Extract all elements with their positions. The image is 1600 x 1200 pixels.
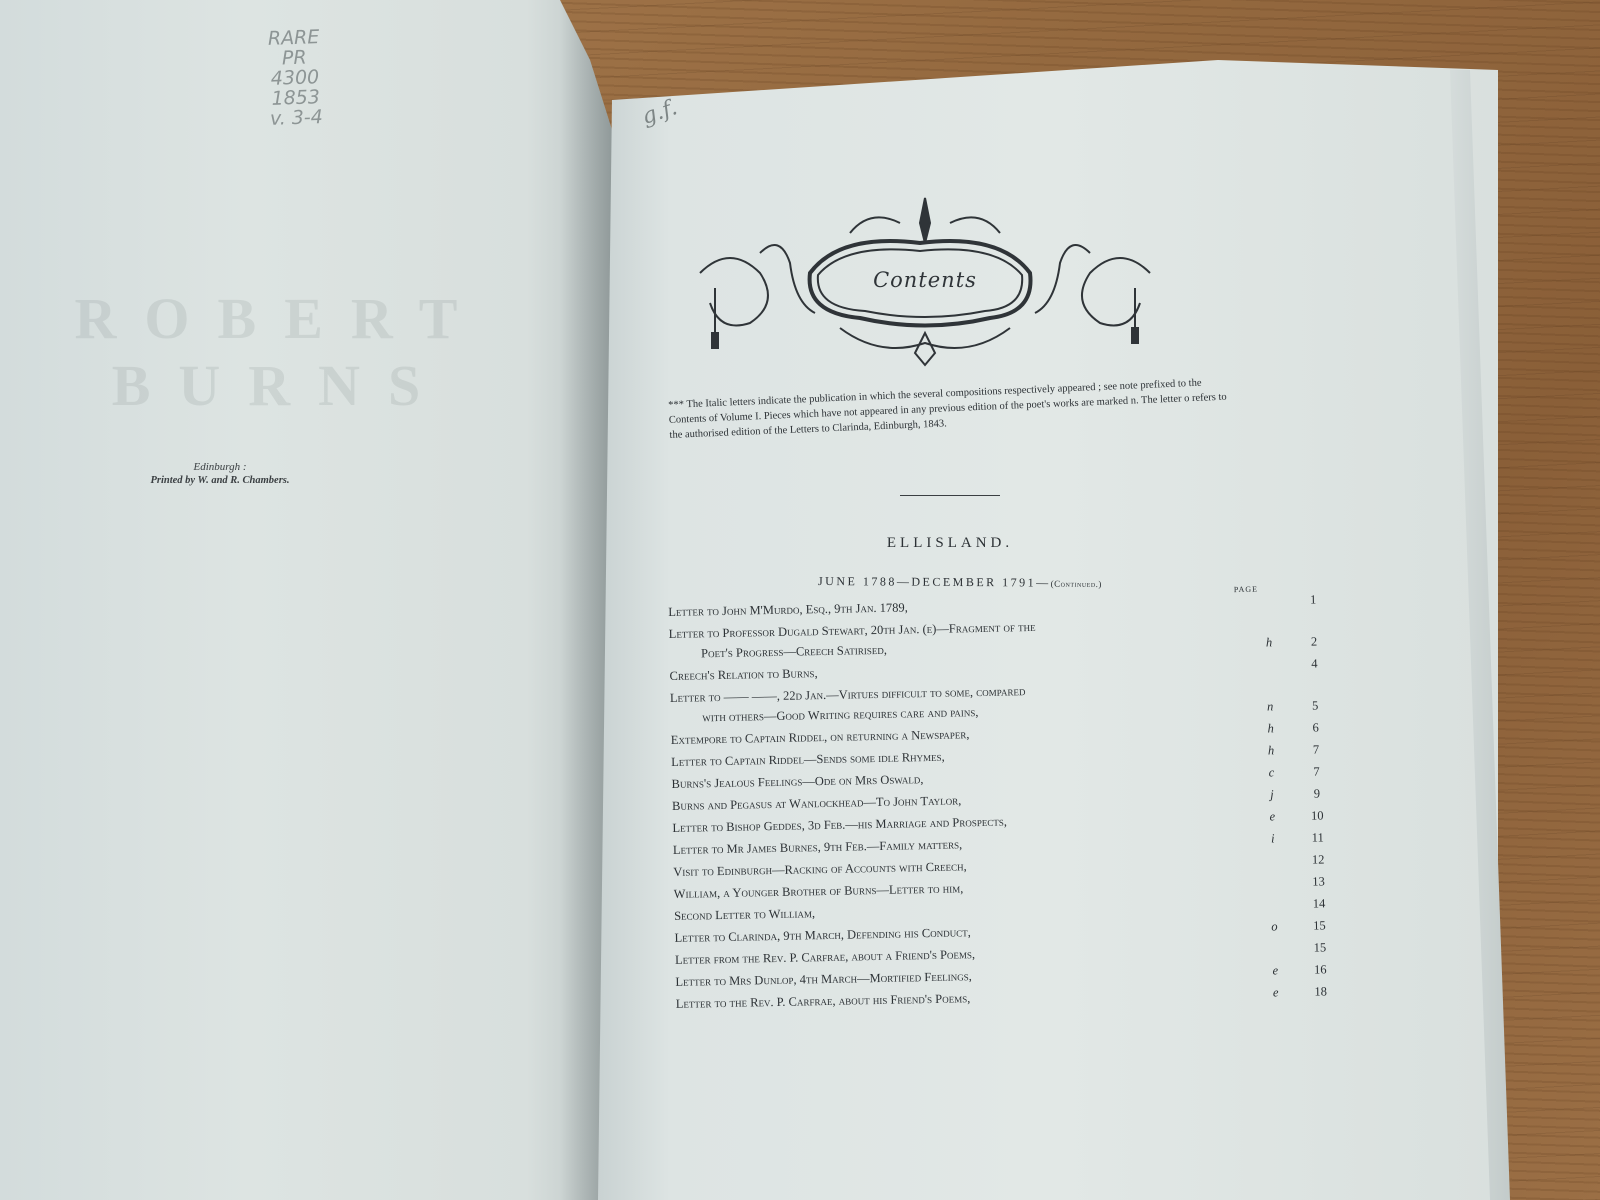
entry-page: 4: [1289, 656, 1339, 672]
entry-mark: [1254, 886, 1294, 887]
entry-page: 12: [1293, 852, 1343, 868]
entry-mark: [1253, 864, 1293, 865]
entry-mark: h: [1249, 635, 1289, 651]
contents-heading: Contents: [860, 268, 990, 292]
entry-mark: [1254, 908, 1294, 909]
dates-text: JUNE 1788—DECEMBER 1791—: [818, 574, 1051, 590]
entry-mark: i: [1253, 831, 1293, 847]
entry-mark: h: [1251, 743, 1291, 759]
entry-page: 7: [1291, 764, 1341, 780]
entry-page: 2: [1289, 634, 1339, 650]
show-through-title: ROBERT BURNS: [20, 285, 540, 419]
imprint-city: Edinburgh :: [100, 460, 340, 474]
entry-page: 9: [1292, 786, 1342, 802]
entry-page: 10: [1292, 808, 1342, 824]
entry-mark: c: [1251, 765, 1291, 781]
entry-page: 15: [1295, 940, 1345, 956]
entry-mark: j: [1252, 787, 1292, 803]
entry-mark: [1250, 690, 1290, 691]
entry-mark: e: [1256, 985, 1296, 1001]
entry-page: 18: [1296, 984, 1346, 1000]
entry-mark: n: [1250, 699, 1290, 715]
entry-page: 14: [1294, 896, 1344, 912]
entry-mark: e: [1255, 963, 1295, 979]
entry-page: 5: [1290, 698, 1340, 714]
entry-page: [1289, 625, 1339, 626]
entry-mark: h: [1251, 721, 1291, 737]
entry-mark: o: [1254, 919, 1294, 935]
divider-rule: [900, 495, 1000, 496]
entry-mark: e: [1252, 809, 1292, 825]
section-title: ELLISLAND.: [760, 535, 1140, 552]
entry-page: 7: [1291, 742, 1341, 758]
pencil-call-number: RARE PR 4300 1853 v. 3-4: [248, 26, 341, 129]
entry-mark: [1248, 604, 1288, 605]
entry-mark: [1255, 952, 1295, 953]
entry-page: 6: [1291, 720, 1341, 736]
left-page: [0, 0, 620, 1200]
printer-imprint: Edinburgh : Printed by W. and R. Chamber…: [100, 460, 340, 488]
entry-page: 11: [1293, 830, 1343, 846]
contents-list: PAGE Letter to John M'Murdo, Esq., 9th J…: [668, 583, 1346, 1019]
entry-page: 16: [1295, 962, 1345, 978]
entry-page: 15: [1294, 918, 1344, 934]
pencil-note: v. 3-4: [251, 106, 342, 129]
entry-page: 13: [1293, 874, 1343, 890]
entry-mark: [1250, 668, 1290, 669]
entry-page: [1290, 689, 1340, 690]
entry-page: 1: [1288, 592, 1338, 608]
entry-mark: [1249, 626, 1289, 627]
imprint-printer: Printed by W. and R. Chambers.: [100, 474, 340, 488]
